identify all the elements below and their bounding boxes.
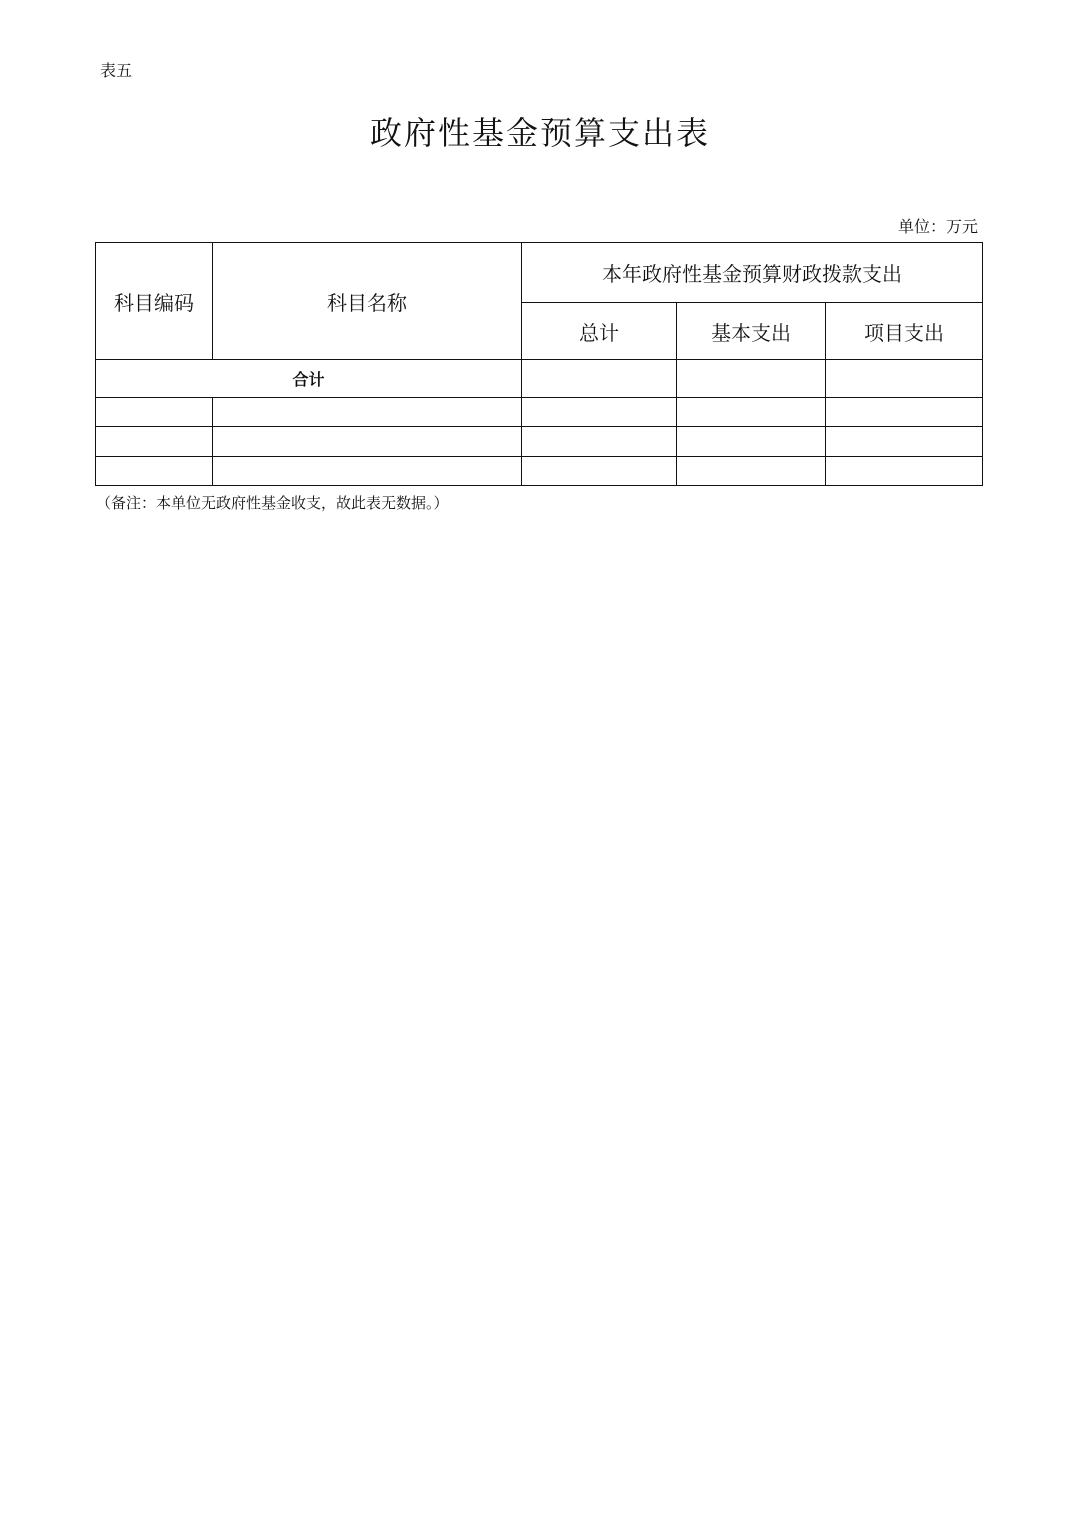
cell-name bbox=[213, 457, 522, 486]
header-row-1: 科目编码 科目名称 本年政府性基金预算财政拨款支出 bbox=[96, 243, 983, 303]
header-project-expense: 项目支出 bbox=[826, 303, 983, 360]
cell-project bbox=[826, 457, 983, 486]
cell-project bbox=[826, 398, 983, 427]
cell-code bbox=[96, 398, 213, 427]
cell-basic bbox=[677, 427, 826, 457]
cell-code bbox=[96, 457, 213, 486]
header-total: 总计 bbox=[522, 303, 677, 360]
total-row: 合计 bbox=[96, 360, 983, 398]
cell-basic bbox=[677, 457, 826, 486]
cell-total bbox=[522, 457, 677, 486]
budget-expense-table: 科目编码 科目名称 本年政府性基金预算财政拨款支出 总计 基本支出 项目支出 合… bbox=[95, 242, 983, 486]
table-number-label: 表五 bbox=[100, 58, 132, 81]
table-row bbox=[96, 427, 983, 457]
total-row-project bbox=[826, 360, 983, 398]
table-row bbox=[96, 398, 983, 427]
footnote: （备注：本单位无政府性基金收支，故此表无数据。） bbox=[96, 492, 449, 513]
header-basic-expense: 基本支出 bbox=[677, 303, 826, 360]
table-row bbox=[96, 457, 983, 486]
page-title: 政府性基金预算支出表 bbox=[0, 108, 1074, 154]
header-subject-code: 科目编码 bbox=[96, 243, 213, 360]
total-row-total bbox=[522, 360, 677, 398]
cell-project bbox=[826, 427, 983, 457]
total-row-basic bbox=[677, 360, 826, 398]
cell-name bbox=[213, 427, 522, 457]
cell-name bbox=[213, 398, 522, 427]
unit-label: 单位：万元 bbox=[898, 214, 978, 237]
cell-code bbox=[96, 427, 213, 457]
cell-total bbox=[522, 427, 677, 457]
header-group-appropriation: 本年政府性基金预算财政拨款支出 bbox=[522, 243, 983, 303]
total-row-label: 合计 bbox=[96, 360, 522, 398]
cell-basic bbox=[677, 398, 826, 427]
cell-total bbox=[522, 398, 677, 427]
header-subject-name: 科目名称 bbox=[213, 243, 522, 360]
